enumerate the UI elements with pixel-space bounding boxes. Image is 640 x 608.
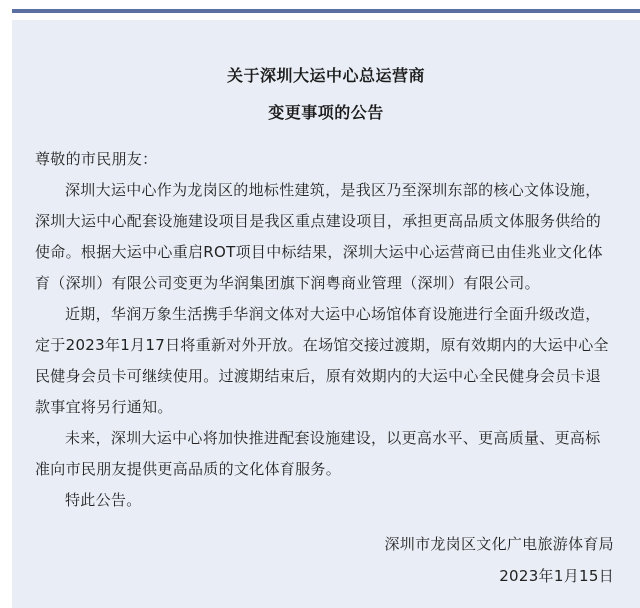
signature-organization: 深圳市龙岗区文化广电旅游体育局: [384, 533, 614, 554]
paragraph-operator-change: 深圳大运中心作为龙岗区的地标性建筑，是我区乃至深圳东部的核心文体设施，深圳大运中…: [35, 175, 615, 299]
paragraph-reopening: 近期，华润万象生活携手华润文体对大运中心场馆体育设施进行全面升级改造，定于202…: [35, 299, 615, 423]
header-accent-bar: [12, 9, 640, 13]
signature-date: 2023年1月15日: [499, 565, 614, 586]
paragraph-closing: 特此公告。: [35, 485, 615, 516]
paragraph-future: 未来，深圳大运中心将加快推进配套设施建设，以更高水平、更高质量、更高标准向市民朋…: [35, 423, 615, 485]
announcement-title-line2: 变更事项的公告: [12, 100, 640, 123]
announcement-title-line1: 关于深圳大运中心总运营商: [12, 63, 640, 86]
salutation: 尊敬的市民朋友：: [35, 144, 615, 175]
